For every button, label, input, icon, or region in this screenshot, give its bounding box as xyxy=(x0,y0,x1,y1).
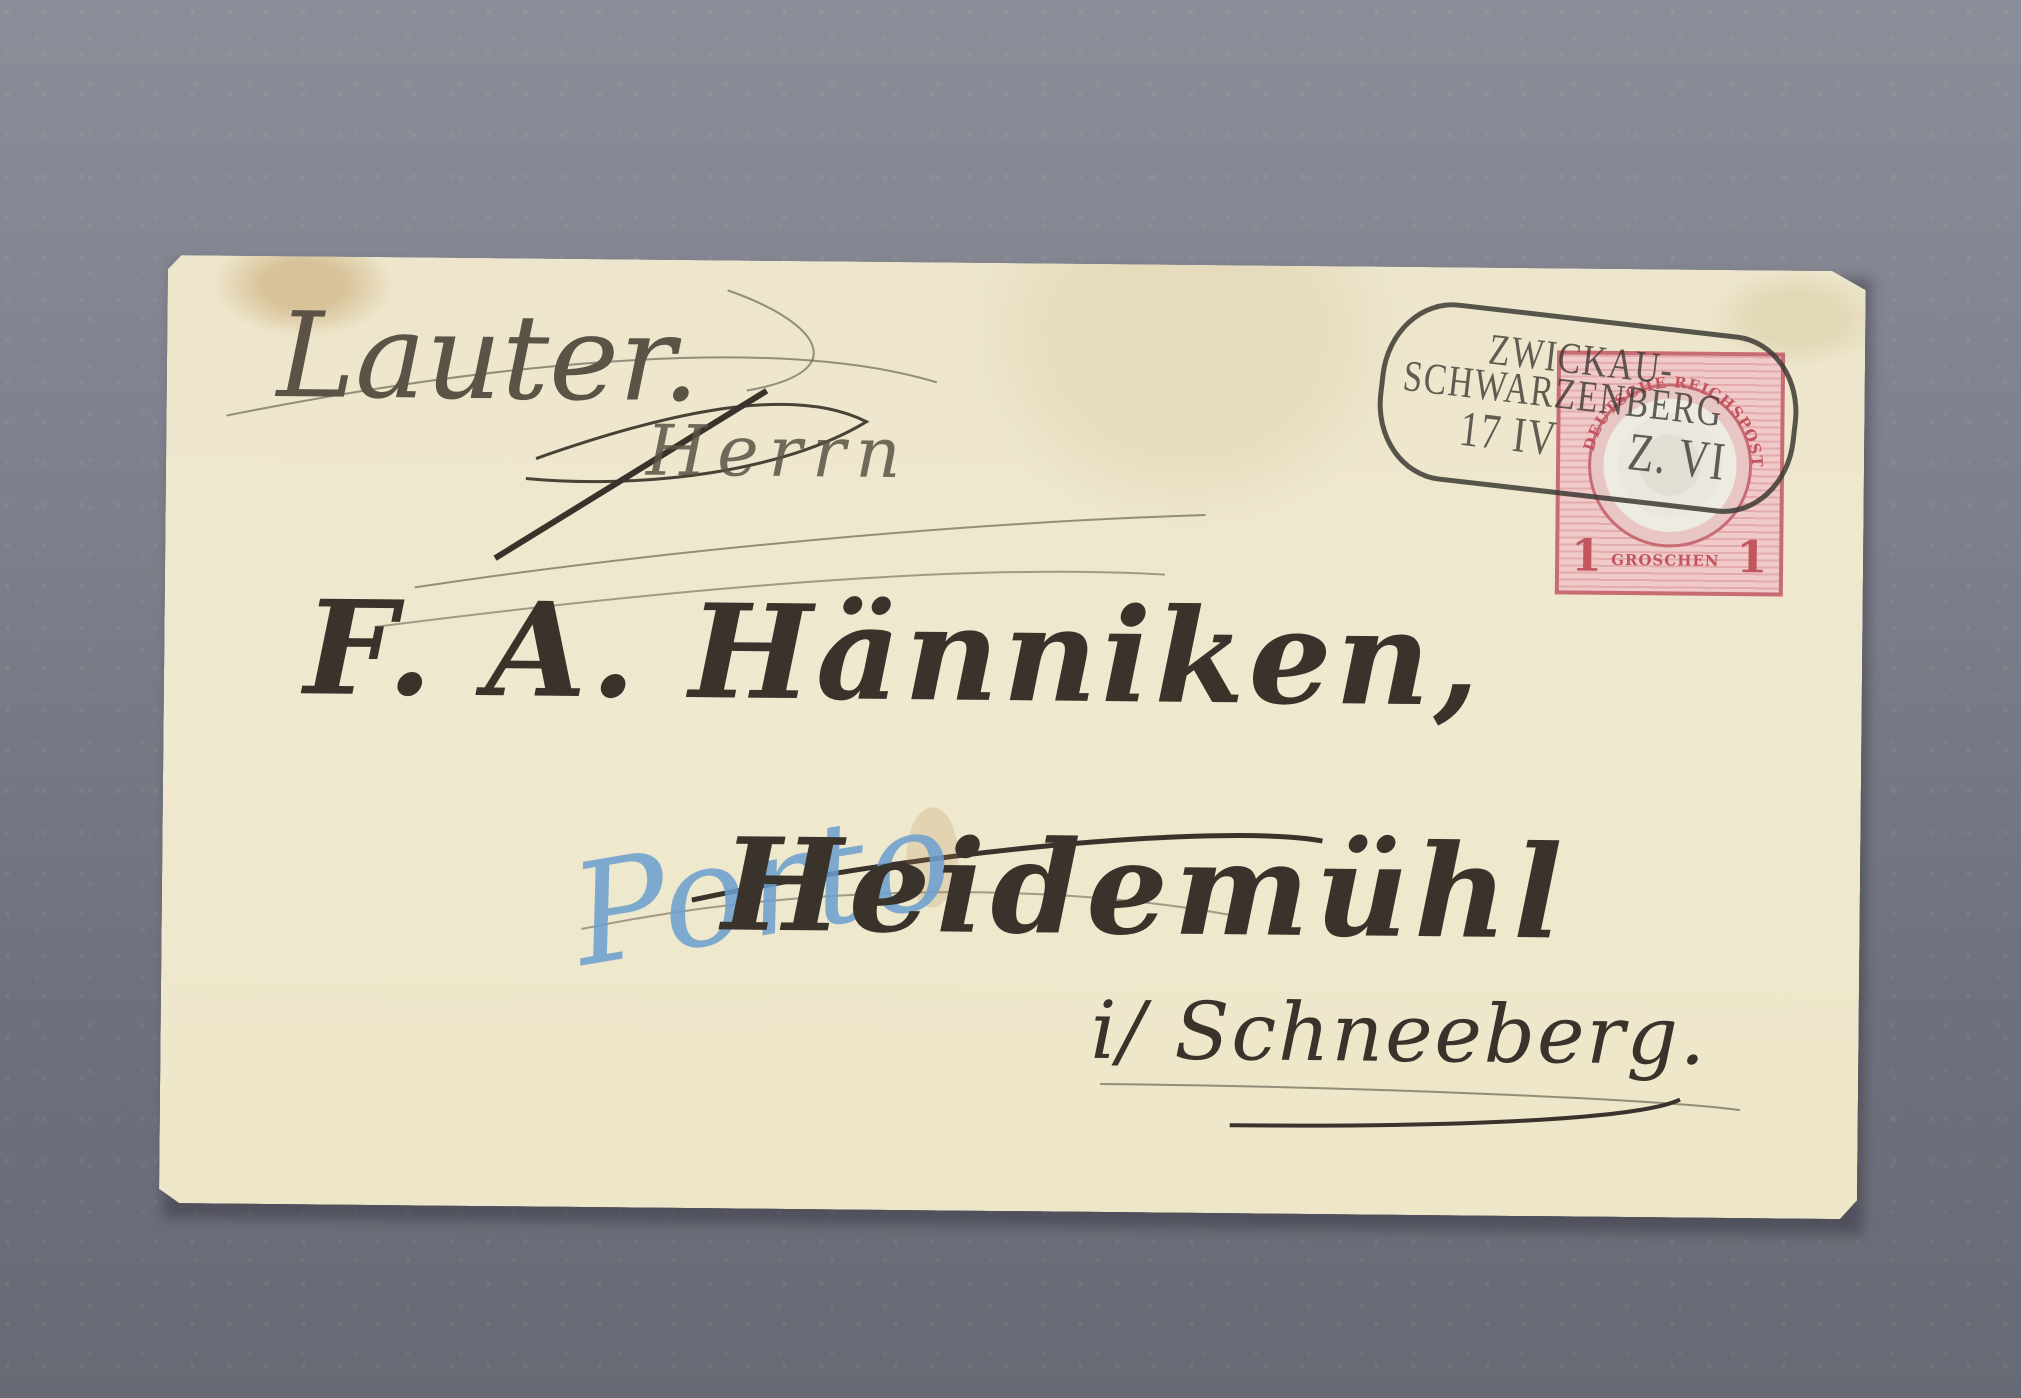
destination-sub: i/ Schneeberg. xyxy=(1090,984,1708,1083)
envelope: Lauter. Herrn F. A. Hänniken, Porto Heid… xyxy=(159,255,1866,1219)
stamp-value-right: 1 xyxy=(1736,532,1767,583)
postmark-line-3: 17 IV xyxy=(1457,399,1561,468)
destination-city: Heidemühl xyxy=(721,810,1569,968)
recipient-name: F. A. Hänniken, xyxy=(304,571,1485,735)
sender-note: Lauter. xyxy=(276,286,700,428)
stamp-value-left: 1 xyxy=(1571,530,1602,581)
stamp-denomination: GROSCHEN xyxy=(1611,551,1720,570)
postmark-line-4: Z. VI xyxy=(1625,420,1730,493)
salutation: Herrn xyxy=(646,410,911,495)
